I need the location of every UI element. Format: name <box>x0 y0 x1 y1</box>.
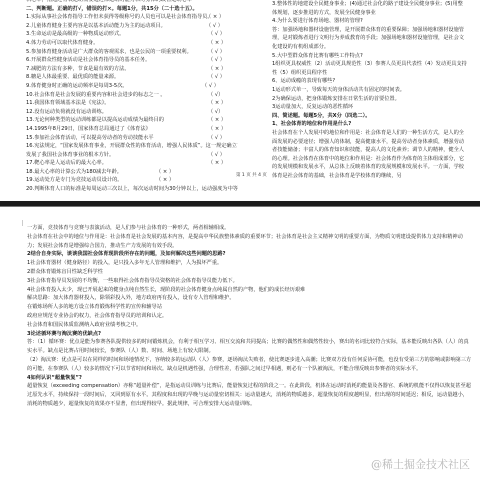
question-text: 17.靶心率是人运动后的最大心率。 <box>26 160 107 166</box>
question-text: 10.社会体育是社会发展的重要内容和社会进步的标志之一 。 <box>26 92 166 98</box>
question-text: 4.体力劳动可以取代体育健身。 <box>26 40 98 46</box>
answer-mark: （ √ ） <box>202 82 219 91</box>
question-text: 1.实际从事社会体育指导工作但未获得等级称号的人员也可以是社会体育指导员。 <box>26 14 213 20</box>
answer-mark: （ × ） <box>208 39 226 48</box>
question-text: 18.最大心率的计算公式为180减去年龄。 <box>26 169 122 175</box>
question-text: 12.没有运动负荷就没有运动训练。 <box>26 109 107 115</box>
answer-mark: （ √ ） <box>208 151 225 160</box>
question-item: 12.没有运动负荷就没有运动训练。（ √） <box>26 108 238 117</box>
paragraph: 答：加强场地和器材设施管理，是开展群众体育的重要保障；加强场地和器材设施管理，是… <box>272 26 468 52</box>
question-item: 5.参加体育健身活动是广大群众的客观需求，也是公民的一项重要权利。（ √ ） <box>26 48 238 57</box>
watermark: @稀土掘金技术社区 <box>371 456 470 472</box>
question-item: 16.宪法规定，“国家发展体育事业，开展群众性的体育活动，增强人民体质”。这一规… <box>26 142 238 151</box>
question-text: 14.1995年8月29日，国家体育总局通过了《体育法》 <box>26 126 151 132</box>
question-item: 11.我国体育领域基本法是《宪法》。（ × ） <box>26 99 238 108</box>
question-heading: 2结合自身实际，谈谈我国社会体育现阶段所存在的问题，及如何解决这些问题的思路? <box>27 250 472 259</box>
question-item: 6.开展群众性健身活动是社会体育指导员的基本任务。（ √ ） <box>26 56 238 65</box>
question-item: 19.运动处方是专门为竞技运动员设计的。（ × ） <box>26 176 238 185</box>
page-2-body: 一方面，竞技体育与竞赛与表演活动，是人们参与社会体育的一种形式，两者相辅相成。社… <box>27 224 472 409</box>
question-text: 13.无论何种类型的运动训练都是以提高运动成绩为最终目的 <box>26 117 164 123</box>
question-item: 17.靶心率是人运动后的最大心率。（ × ） <box>26 159 238 168</box>
question-heading: 4如何认识“超量恢复”? <box>27 374 472 383</box>
answer-mark: （ √ ） <box>208 73 225 82</box>
answer-mark: （ √） <box>208 91 223 100</box>
question-item: 13.无论何种类型的运动训练都是以提高运动成绩为最终目的（ × ） <box>26 116 238 125</box>
paragraph: 社会体育在社会中的地位与作用是：社会体育是社会发展的基本内容，是提高中华民族整体… <box>27 233 472 251</box>
question-text: 20.判断体育人口的标准是每周运动三次以上，每次运动时间为30分钟以上，运动强度… <box>26 186 238 192</box>
document-page-1: 积心率，指通过有氧运动需要通过体运动的能力和对身体的改善运动心率二、判断题。正确… <box>0 0 480 200</box>
question-text: 2.儿童体育健身主要内容是以基本活动能力为主的运动项目。 <box>26 23 166 29</box>
paragraph: 政府应规范专业协会的权力，社会体育指导员的培训和认定。 <box>27 312 472 321</box>
question-text: 8.糖是人体最重要、最优质的能量来源。 <box>26 74 119 80</box>
paragraph: 1社会体育器材（健身路径）的投入，是只投入多年无人管理和维护，人为损坏严重。 <box>27 259 472 268</box>
paragraph: 一方面，竞技体育与竞赛与表演活动，是人们参与社会体育的一种形式，两者相辅相成。 <box>27 224 472 233</box>
right-column: 3.整体性的地建设全民健身事业；(4)通过社会化的路子建设全民健身事业；(5)用… <box>272 0 468 180</box>
question-item: 2.儿童体育健身主要内容是以基本活动能力为主的运动项目。（ √ ） <box>26 22 238 31</box>
page-divider-shadow <box>0 206 480 207</box>
paragraph: 2为确保运动，把身体锻炼安排在日常生活的首要位置。 <box>272 95 468 104</box>
question-text: 19.运动处方是专门为竞技运动员设计的。 <box>26 177 122 183</box>
section-title: 二、判断题。正确的打√，错误的打×。每题1分，共15分（二十选十五）。 <box>26 5 238 14</box>
question-item: 14.1995年8月29日，国家体育总局通过了《体育法》（ × ） <box>26 125 238 134</box>
question-item: 18.最大心率的计算公式为180减去年龄。（ × ） <box>26 168 238 177</box>
answer-mark: （ √ ） <box>208 56 225 65</box>
paragraph: 3.整体性的地建设全民健身事业；(4)通过社会化的路子建设全民健身事业；(5)用… <box>272 0 468 17</box>
paragraph: 5.大中型群众体育比赛有哪些工作特点? <box>272 52 468 61</box>
question-item: 10.社会体育是社会发展的重要内容和社会进步的标志之一 。（ √） <box>26 91 238 100</box>
paragraph: 在锻炼场所人多的地方设立体育锻炼科学性的宣传和辅导站 <box>27 303 472 312</box>
answer-mark: （ √ ） <box>206 22 223 31</box>
section-heading: 四、简述题。每题5分，共X分（四选二）。 <box>272 112 468 121</box>
question-item: 15.参加社会体育活动，可以提高劳动者的劳动技能水平（ √ ） <box>26 134 238 143</box>
question-item: 7.减肥的方法有多种，节食是最有效的方法。（ × ） <box>26 65 238 74</box>
paragraph: 超量恢复（exceeding compensation）亦称“超量补偿”，是指运… <box>27 382 472 408</box>
question-item: 9.体育健身时正确的运动频率是每周3-5次。（ √ ） <box>26 82 238 91</box>
question-item: 20.判断体育人口的标准是每周运动三次以上，每次运动时间为30分钟以上，运动强度… <box>26 185 238 194</box>
question-text: 发展了我国社会体育事业的根本方针。 <box>26 152 114 158</box>
question-text: 15.参加社会体育活动，可以提高劳动者的劳动技能水平 <box>26 135 154 141</box>
paragraph: （2）淘汰赛：优点是可以在同样的时间和场地情况下，容纳较多的运动队（人）参赛，逐… <box>27 356 472 374</box>
question-item: 8.糖是人体最重要、最优质的能量来源。（ √ ） <box>26 73 238 82</box>
question-text: 9.体育健身时正确的运动频率是每周3-5次。 <box>26 83 128 89</box>
paragraph: 1组织更具权威性（2）活动更具规范性（3）参赛人员更具代表性（4）发动更具支持性… <box>272 60 468 77</box>
document-page-2: 一方面，竞技体育与竞赛与表演活动，是人们参与社会体育的一种形式，两者相辅相成。社… <box>0 208 480 480</box>
answer-mark: （ √ ） <box>208 48 225 57</box>
paragraph: 4.为什么要进行体育场地、器材的管理? <box>272 17 468 26</box>
question-text: 16.宪法规定，“国家发展体育事业，开展群众性的体育活动，增强人民体质”。这一规… <box>26 143 238 149</box>
question-item: 3.生命运动是最高级的一种物质运动形式。（ √ ） <box>26 30 238 39</box>
answer-mark: （ √） <box>208 108 223 117</box>
answer-mark: （ √ ） <box>208 30 225 39</box>
question-text: 7.减肥的方法有多种，节食是最有效的方法。 <box>26 66 130 72</box>
paragraph: 答：（1）循环赛：优点是能为参赛各队提供较多的时间锻炼机会，有利于相互学习、相互… <box>27 338 472 356</box>
paragraph: 社会体育和国民体质监测纳入政府业绩考核之中。 <box>27 321 472 330</box>
answer-mark: （ × ） <box>208 65 226 74</box>
answer-mark: （ × ） <box>208 116 226 125</box>
question-item: 发展了我国社会体育事业的根本方针。（ √ ） <box>26 151 238 160</box>
section-heading: 1、社会体育的地位和作用是什么? <box>272 120 468 129</box>
question-text: 3.生命运动是最高级的一种物质运动形式。 <box>26 31 124 37</box>
paragraph: 6、运动成瘾的表现有哪些? <box>272 77 468 86</box>
question-item: 4.体力劳动可以取代体育健身。（ × ） <box>26 39 238 48</box>
answer-mark: （ × ） <box>208 159 226 168</box>
answer-mark: （ × ） <box>206 13 224 22</box>
question-text: 6.开展群众性健身活动是社会体育指导员的基本任务。 <box>26 57 150 63</box>
answer-mark: （ × ） <box>156 168 174 177</box>
paragraph: 社会体育在个人发展中的地位和作用是：社会体育是人们的一种生活方式，是人的全面发展… <box>272 129 468 181</box>
question-text: 11.我国体育领域基本法是《宪法》。 <box>26 100 109 106</box>
answer-mark: （ × ） <box>156 176 174 185</box>
paragraph: 3运动量加大，反复运动的恶性循环 <box>272 103 468 112</box>
page-number: 第 1 页 共 4 页 <box>236 172 267 178</box>
paragraph: 1运动形式单一，导致每天的身体活动共有固定的时间表。 <box>272 86 468 95</box>
answer-mark: （ × ） <box>208 125 226 134</box>
paragraph: 解决思路：加大体育器材投入，除领彩投入外，地方政府再有投入，设有专人管理和维护。 <box>27 294 472 303</box>
paragraph: 2群众体育锻炼盲目性缺乏科学性 <box>27 268 472 277</box>
question-text: 5.参加体育健身活动是广大群众的客观需求，也是公民的一项重要权利。 <box>26 49 192 55</box>
paragraph: 3社会体育指导员发展的不均衡，一些取得社会体育指导员资格的社会体育指导员能力低下… <box>27 277 472 286</box>
question-item: 1.实际从事社会体育指导工作但未获得等级称号的人员也可以是社会体育指导员。（ ×… <box>26 13 238 22</box>
paragraph: 4社会体育投入太少，现已开展起来的健身点纯自然生长，现阶段的社会体育健身点纯属自… <box>27 286 472 295</box>
answer-mark: （ √ ） <box>208 134 225 143</box>
question-heading: 3论述循环赛与淘汰赛的优缺点? <box>27 330 472 339</box>
left-column: 积心率，指通过有氧运动需要通过体运动的能力和对身体的改善运动心率二、判断题。正确… <box>26 0 238 194</box>
answer-mark: （ × ） <box>208 99 226 108</box>
